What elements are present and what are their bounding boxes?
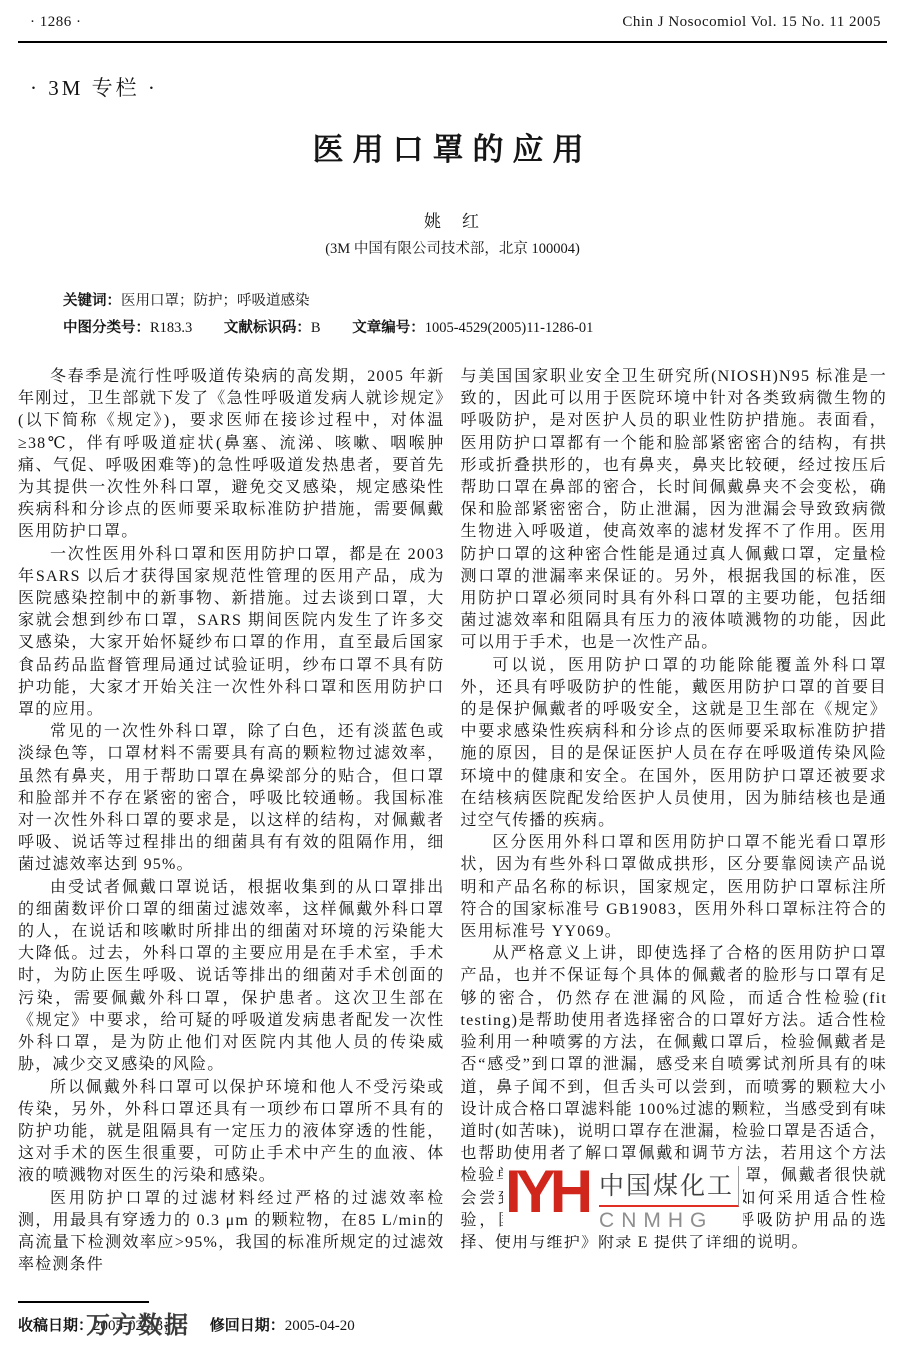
article-meta: 关键词：医用口罩；防护；呼吸道感染 中图分类号：R183.3 文献标识码：B 文… [63,288,865,342]
article-title: 医用口罩的应用 [0,124,905,169]
coal-chem-name: 中国煤化工 [599,1166,739,1207]
footnote-rule [18,1301,149,1303]
coal-chem-logo-icon: IYH [505,1164,587,1220]
coal-chem-sub: CNMHG [599,1209,739,1233]
clc-label: 中图分类号： [63,320,150,336]
right-column: 与美国国家职业安全卫生研究所(NIOSH)N95 标准是一致的，因此可以用于医院… [461,366,888,1276]
author-name: 姚 红 [0,207,905,232]
left-column: 冬春季是流行性呼吸道传染病的高发期，2005 年新年刚过，卫生部就下发了《急性呼… [18,366,445,1276]
revised-date-label: 修回日期： [210,1317,285,1334]
classification-line: 中图分类号：R183.3 文献标识码：B 文章编号：1005-4529(2005… [63,315,865,342]
coal-chem-watermark: IYH 中国煤化工 CNMHG [503,1162,743,1235]
paragraph: 一次性医用外科口罩和医用防护口罩，都是在 2003 年SARS 以后才获得国家规… [18,544,445,722]
paragraph: 区分医用外科口罩和医用防护口罩不能光看口罩形状，因为有些外科口罩做成拱形，区分要… [461,832,888,943]
paragraph: 由受试者佩戴口罩说话，根据收集到的从口罩排出的细菌数评价口罩的细菌过滤效率，这样… [18,877,445,1077]
paragraph: 医用防护口罩的过滤材料经过严格的过滤效率检测，用最具有穿透力的 0.3 μm 的… [18,1188,445,1277]
header-rule [18,41,887,43]
article-id-value: 1005-4529(2005)11-1286-01 [425,320,594,336]
clc-value: R183.3 [150,320,192,336]
page-number: · 1286 · [30,14,82,31]
coal-chem-text: 中国煤化工 CNMHG [599,1164,739,1233]
wanfang-watermark: 万方数据 [86,1305,190,1340]
article-id-label: 文章编号： [352,320,425,336]
doc-code-value: B [311,320,321,336]
column-section-label: · 3M 专栏 · [30,72,158,102]
journal-citation: Chin J Nosocomiol Vol. 15 No. 11 2005 [622,14,881,31]
body-columns: 冬春季是流行性呼吸道传染病的高发期，2005 年新年刚过，卫生部就下发了《急性呼… [18,366,887,1276]
keywords-label: 关键词： [63,293,121,309]
journal-page: · 1286 · Chin J Nosocomiol Vol. 15 No. 1… [0,0,905,1360]
revised-date: 2005-04-20 [285,1318,355,1334]
paragraph: 与美国国家职业安全卫生研究所(NIOSH)N95 标准是一致的，因此可以用于医院… [461,366,888,655]
keywords-line: 关键词：医用口罩；防护；呼吸道感染 [63,288,865,315]
doc-code-label: 文献标识码： [224,320,311,336]
keywords-value: 医用口罩；防护；呼吸道感染 [121,293,310,309]
paragraph: 所以佩戴外科口罩可以保护环境和他人不受污染或传染，另外，外科口罩还具有一项纱布口… [18,1077,445,1188]
paragraph: 可以说，医用防护口罩的功能除能覆盖外科口罩外，还具有呼吸防护的性能，戴医用防护口… [461,655,888,833]
author-affiliation: (3M 中国有限公司技术部，北京 100004) [0,237,905,258]
paragraph: 常见的一次性外科口罩，除了白色，还有淡蓝色或淡绿色等，口罩材料不需要具有高的颗粒… [18,721,445,876]
page-header: · 1286 · Chin J Nosocomiol Vol. 15 No. 1… [30,14,881,31]
received-date-label: 收稿日期： [18,1317,93,1334]
paragraph: 冬春季是流行性呼吸道传染病的高发期，2005 年新年刚过，卫生部就下发了《急性呼… [18,366,445,544]
